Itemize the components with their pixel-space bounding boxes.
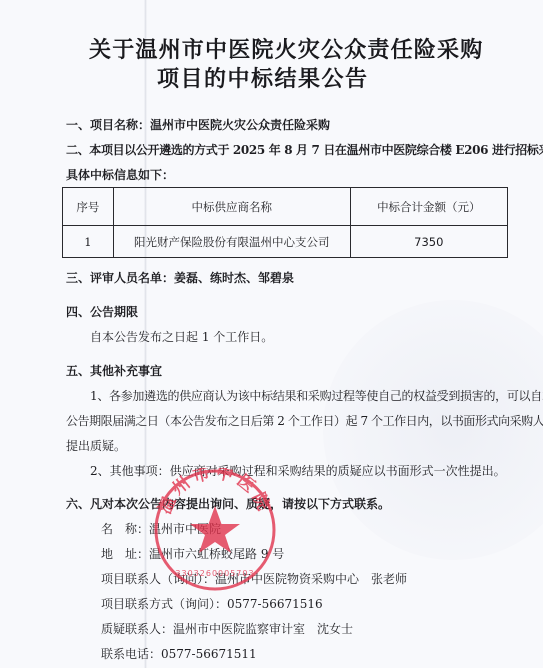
contact-complaint-person: 质疑联系人：温州市中医院监察审计室 沈女士: [101, 621, 353, 637]
contact-inquiry-person: 项目联系人（询问）：温州市中医院物资采购中心 张老师: [101, 571, 407, 587]
paper-shade: [323, 300, 543, 560]
section-6-heading: 六、凡对本次公告内容提出询问、质疑，请按以下方式联系。: [66, 496, 390, 512]
section-2-method: 二、本项目以公开遴选的方式于 2025 年 8 月 7 日在温州市中医院综合楼 …: [66, 142, 543, 158]
header-supplier-name: 中标供应商名称: [113, 188, 350, 226]
section-4-heading: 四、公告期限: [66, 304, 138, 320]
section-5-heading: 五、其他补充事宜: [66, 363, 162, 379]
section-4-body: 自本公告发布之日起 1 个工作日。: [90, 329, 273, 345]
table-row: 1 阳光财产保险股份有限温州中心支公司 7350: [63, 226, 508, 258]
header-total-amount: 中标合计金额（元）: [350, 188, 507, 226]
section-5-item-1-line-1: 1、各参加遴选的供应商认为该中标结果和采购过程等使自己的权益受到损害的，可以自本: [90, 388, 543, 404]
table-header-row: 序号 中标供应商名称 中标合计金额（元）: [63, 188, 508, 226]
award-result-table: 序号 中标供应商名称 中标合计金额（元） 1 阳光财产保险股份有限温州中心支公司…: [62, 187, 508, 258]
contact-name: 名 称：温州市中医院: [101, 521, 221, 537]
document-title-line-1: 关于温州市中医院火灾公众责任险采购: [89, 33, 483, 64]
contact-complaint-phone: 联系电话：0577-56671511: [101, 646, 257, 662]
section-1-project-name: 一、项目名称：温州市中医院火灾公众责任险采购: [66, 117, 330, 133]
cell-total-amount: 7350: [350, 226, 507, 258]
document-title-line-2: 项目的中标结果公告: [157, 62, 369, 93]
cell-serial-number: 1: [63, 226, 114, 258]
contact-address: 地 址：温州市六虹桥蛟尾路 9 号: [101, 546, 284, 562]
cell-supplier-name: 阳光财产保险股份有限温州中心支公司: [113, 226, 350, 258]
contact-inquiry-phone: 项目联系方式（询问）：0577-56671516: [101, 596, 323, 612]
section-5-item-1-line-3: 提出质疑。: [66, 438, 126, 454]
section-5-item-1-line-2: 公告期限届满之日（本公告发布之日后第 2 个工作日）起 7 个工作日内，以书面形…: [66, 413, 543, 429]
section-3-reviewers: 三、评审人员名单：姜磊、练时杰、邹碧泉: [66, 270, 294, 286]
section-2-detail-intro: 具体中标信息如下：: [66, 167, 174, 183]
section-5-item-2: 2、其他事项：供应商对采购过程和采购结果的质疑应以书面形式一次性提出。: [90, 463, 506, 479]
header-serial-number: 序号: [63, 188, 114, 226]
